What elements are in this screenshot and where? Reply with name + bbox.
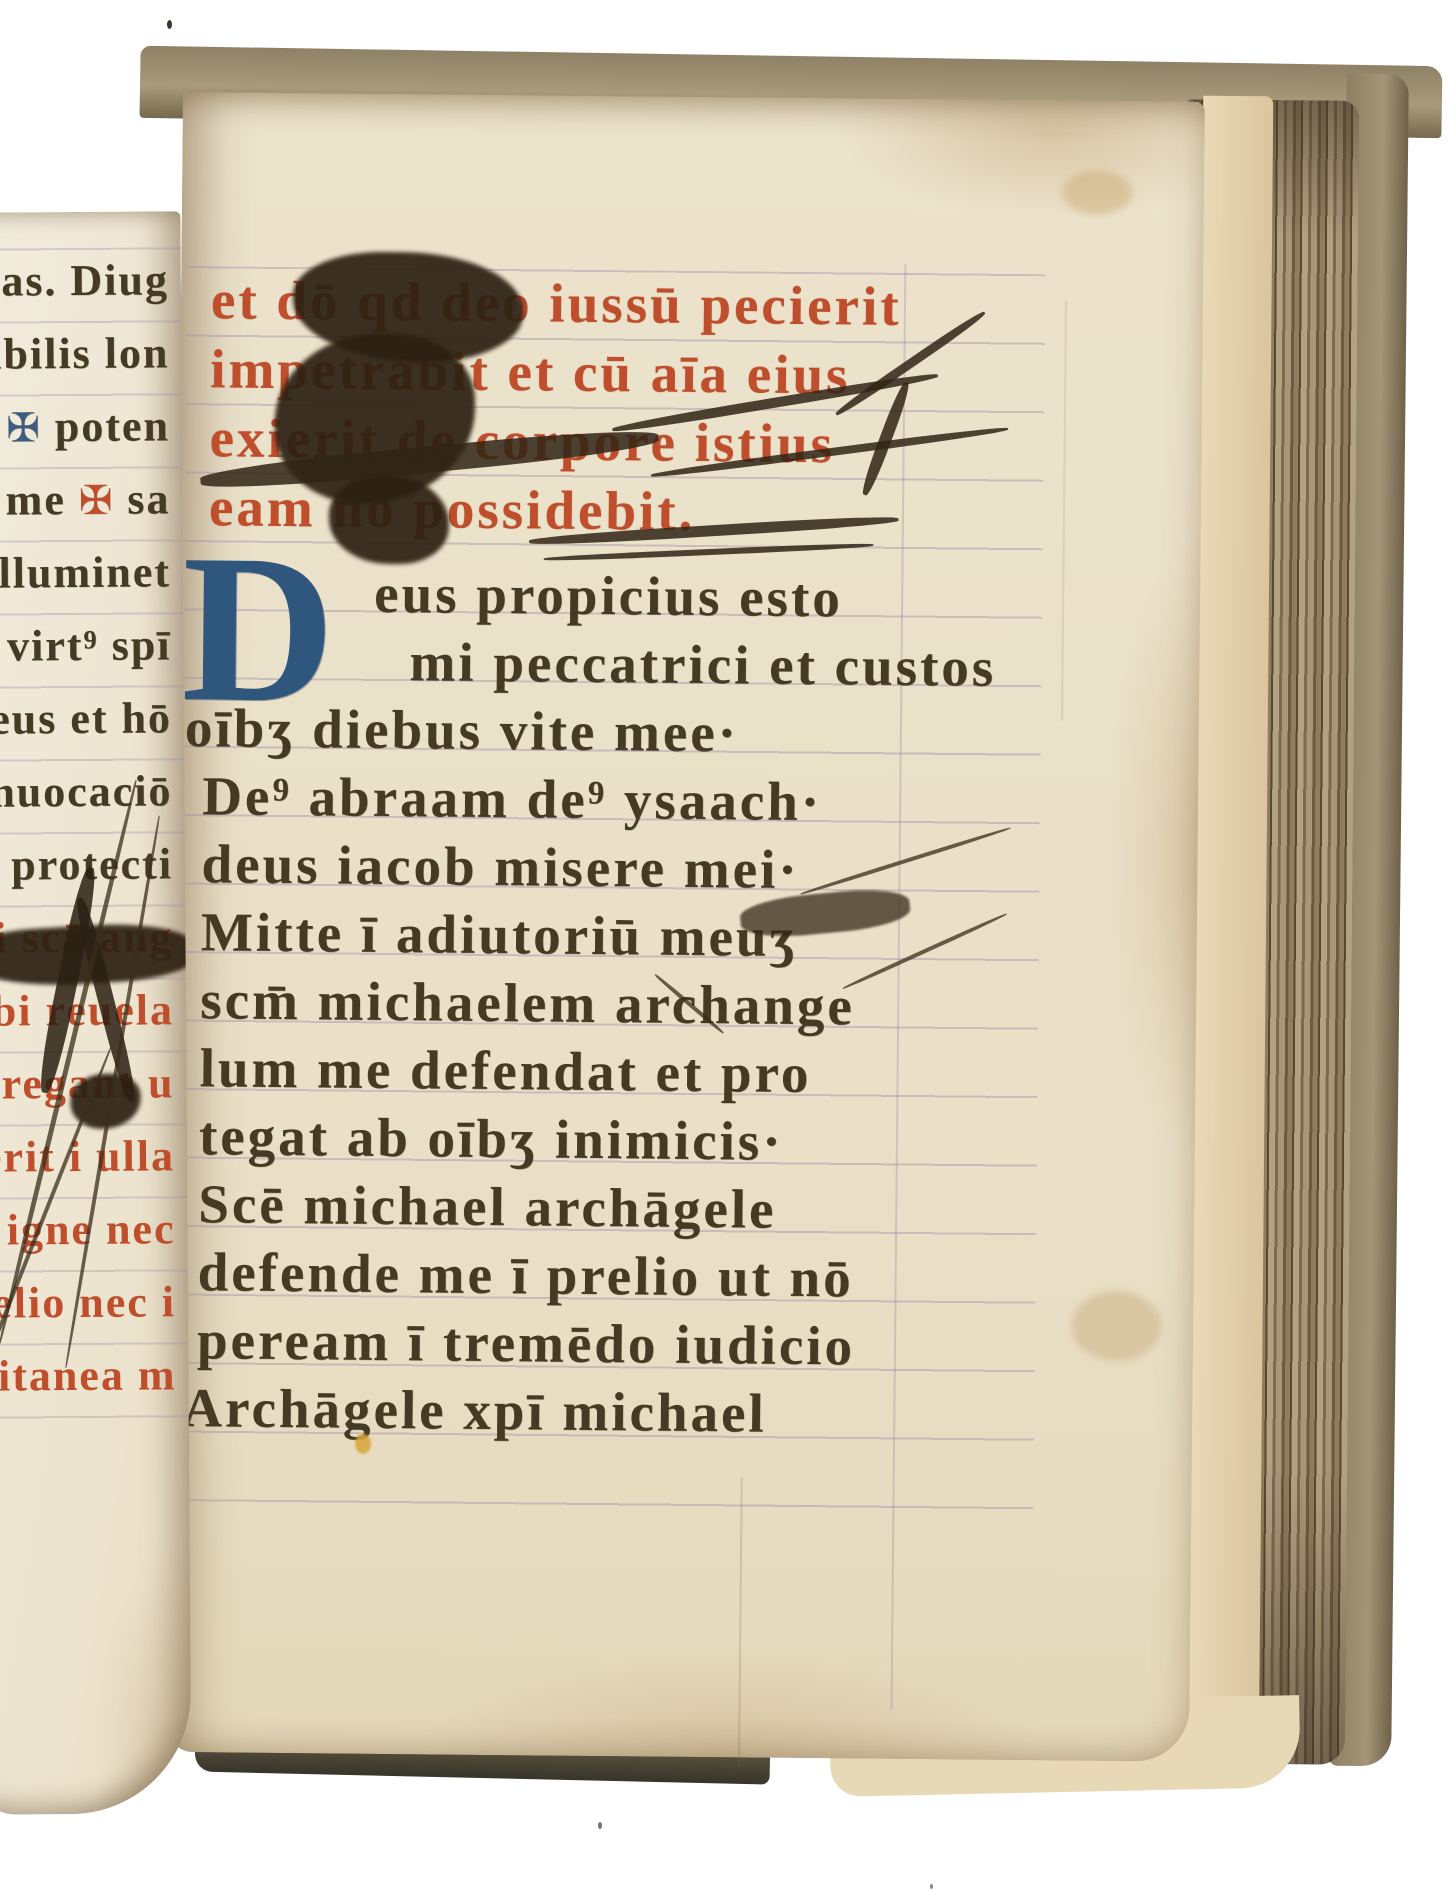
text-line: Scē michael archāgele	[198, 1174, 777, 1240]
manuscript-left-page: trinitas. Diug inefabilis lon at me ✠ po…	[0, 211, 192, 1814]
manuscript-right-page: et dō qd deo iussū pecierit impetrabit e…	[167, 92, 1205, 1762]
page-crease	[1061, 300, 1067, 720]
text-line: defende me ī prelio ut nō	[197, 1242, 854, 1308]
text-line: scm̄ michaelem archange	[200, 970, 855, 1036]
text-line: Mitte ī adiutoriū meuʒ	[201, 902, 798, 968]
stain	[355, 1434, 371, 1454]
left-page-line: auerit i ulla	[0, 1130, 175, 1184]
stain	[1062, 170, 1132, 215]
stain	[1071, 1291, 1162, 1362]
left-page-line: sitet me ✠ sa	[0, 473, 171, 528]
left-page-line: t o deus et hō	[0, 692, 172, 746]
left-page-line: at me ✠ poten	[0, 400, 170, 455]
left-page-line: ubitanea m	[0, 1349, 177, 1403]
manuscript-photo: { "book": { "right_page": { "rubric_line…	[0, 0, 1452, 1890]
text-line: lum me defendat et pro	[199, 1038, 811, 1104]
text-line: De⁹ abraam de⁹ ysaach·	[202, 766, 822, 832]
red-cross-glyph: ✠	[79, 478, 115, 524]
text-line: eus propicius esto	[374, 564, 843, 628]
speck	[167, 20, 172, 29]
text-line: tegat ab oībʒ inimicis·	[199, 1106, 784, 1172]
text-line: mi peccatrici et custos	[409, 632, 996, 698]
left-page-line: inefabilis lon	[0, 327, 170, 381]
text-line: peream ī tremēdo iudicio	[197, 1310, 856, 1376]
left-page-line: trinitas. Diug	[0, 254, 169, 308]
text-line: Archāgele xpī michael	[182, 1378, 767, 1444]
left-page-line: ta inuocaciō	[0, 765, 173, 819]
drop-initial-D: D	[181, 548, 336, 709]
left-page-line: lij. Illuminet	[0, 546, 171, 600]
page-crease	[738, 1477, 743, 1767]
text-line: deus iacob misere mei·	[201, 834, 800, 900]
left-page-line: elio nec i	[0, 1276, 176, 1329]
speck	[598, 1822, 602, 1829]
speck	[930, 1884, 933, 1889]
text-line: oībʒ diebus vite mee·	[185, 698, 740, 763]
left-page-line: ia et virt⁹ spī	[0, 619, 172, 673]
blue-cross-glyph: ✠	[6, 405, 42, 451]
